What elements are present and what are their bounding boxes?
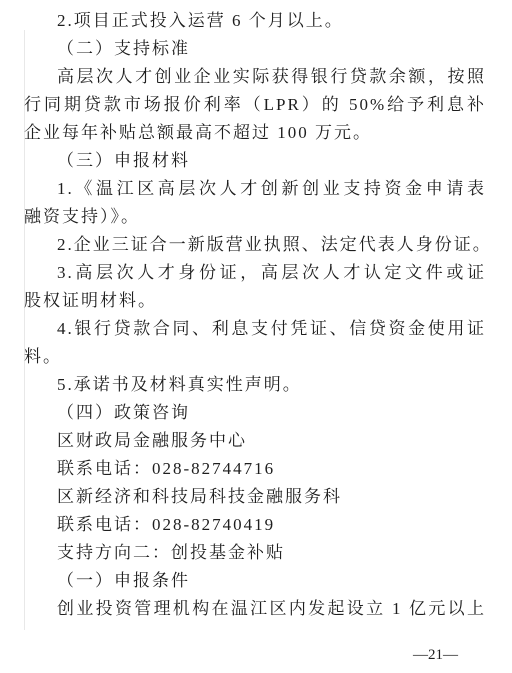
document-line: 1.《温江区高层次人才创新创业支持资金申请表（创业投 [24, 175, 486, 203]
document-line: （二）支持标准 [24, 35, 486, 63]
document-line: 支持方向二：创投基金补贴 [24, 539, 486, 567]
document-line: 2.项目正式投入运营 6 个月以上。 [24, 7, 486, 35]
document-line: 融资支持）》。 [24, 203, 486, 231]
document-line: 区财政局金融服务中心 [24, 427, 486, 455]
document-line: 联系电话：028-82740419 [24, 511, 486, 539]
document-page: 2.项目正式投入运营 6 个月以上。（二）支持标准高层次人才创业企业实际获得银行… [0, 0, 512, 673]
document-line: 创业投资管理机构在温江区内发起设立 1 亿元以上的创业 [24, 595, 486, 623]
document-line: 5.承诺书及材料真实性声明。 [24, 371, 486, 399]
document-line: 料。 [24, 343, 486, 371]
document-line: 2.企业三证合一新版营业执照、法定代表人身份证。 [24, 231, 486, 259]
page-number: —21— [413, 646, 458, 664]
document-line: 4.银行贷款合同、利息支付凭证、信贷资金使用证明材 [24, 315, 486, 343]
document-line: （三）申报材料 [24, 147, 486, 175]
document-line: 3.高层次人才身份证，高层次人才认定文件或证书，企业 [24, 259, 486, 287]
document-content: 2.项目正式投入运营 6 个月以上。（二）支持标准高层次人才创业企业实际获得银行… [0, 0, 512, 623]
document-line: （一）申报条件 [24, 567, 486, 595]
document-line: 股权证明材料。 [24, 287, 486, 315]
document-line: （四）政策咨询 [24, 399, 486, 427]
document-line: 行同期贷款市场报价利率（LPR）的 50%给予利息补贴，单个 [24, 91, 486, 119]
document-line: 企业每年补贴总额最高不超过 100 万元。 [24, 119, 486, 147]
document-line: 联系电话：028-82744716 [24, 455, 486, 483]
document-line: 高层次人才创业企业实际获得银行贷款余额，按照人民银 [24, 63, 486, 91]
document-line: 区新经济和科技局科技金融服务科 [24, 483, 486, 511]
